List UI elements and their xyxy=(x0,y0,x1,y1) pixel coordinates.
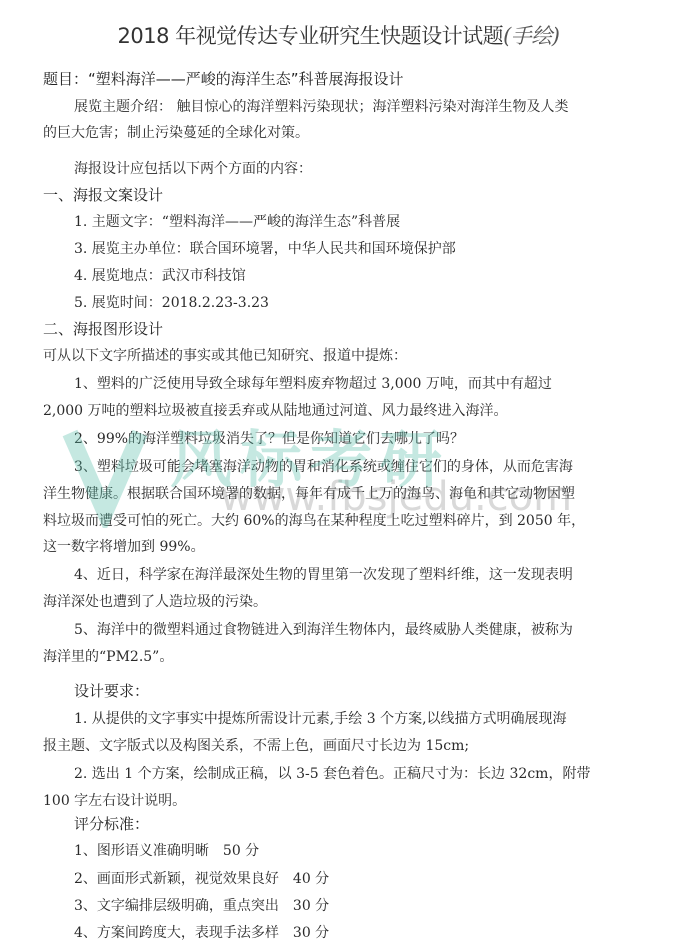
scoring-item: 3、文字编排层级明确，重点突出30 分 xyxy=(74,897,329,915)
section1-item: 3. 展览主办单位：联合国环境署，中华人民共和国环境保护部 xyxy=(74,240,456,258)
section1-item: 5. 展览时间：2018.2.23-3.23 xyxy=(74,294,269,312)
scoring-points: 30 分 xyxy=(293,898,329,914)
scoring-points: 50 分 xyxy=(223,843,259,859)
fact-3-line-4: 这一数字将增加到 99%。 xyxy=(43,538,205,556)
scoring-label: 1、图形语义准确明晰 xyxy=(74,843,209,859)
poster-includes: 海报设计应包括以下两个方面的内容： xyxy=(74,160,312,178)
section1-heading: 一、海报文案设计 xyxy=(43,186,163,204)
fact-3-line-1: 3、塑料垃圾可能会堵塞海洋动物的胃和消化系统或缠住它们的身体，从而危害海 xyxy=(74,458,573,476)
fact-3-line-2: 洋生物健康。根据联合国环境署的数据，每年有成千上万的海鸟、海龟和其它动物因塑 xyxy=(43,485,575,503)
handwritten-note: (手绘) xyxy=(503,24,559,48)
scoring-label: 3、文字编排层级明确，重点突出 xyxy=(74,898,279,914)
section1-item: 4. 展览地点：武汉市科技馆 xyxy=(74,267,246,285)
topic-line: 题目：“塑料海洋——严峻的海洋生态”科普展海报设计 xyxy=(43,70,404,88)
page-title: 2018 年视觉传达专业研究生快题设计试题(手绘) xyxy=(0,20,677,50)
fact-5-line-1: 5、海洋中的微塑料通过食物链进入到海洋生物体内，最终威胁人类健康，被称为 xyxy=(74,621,573,639)
section2-lead: 可从以下文字所描述的事实或其他已知研究、报道中提炼： xyxy=(43,347,407,365)
exam-page: 2018 年视觉传达专业研究生快题设计试题(手绘) 题目：“塑料海洋——严峻的海… xyxy=(0,0,677,951)
fact-1-line-2: 2,000 万吨的塑料垃圾被直接丢弃或从陆地通过河道、风力最终进入海洋。 xyxy=(43,402,508,420)
intro-line-1: 展览主题介绍： 触目惊心的海洋塑料污染现状；海洋塑料污染对海洋生物及人类 xyxy=(74,98,568,116)
title-text: 2018 年视觉传达专业研究生快题设计试题 xyxy=(117,24,503,48)
requirements-heading: 设计要求： xyxy=(74,682,149,700)
fact-3-line-3: 料垃圾而遭受可怕的死亡。大约 60%的海鸟在某种程度上吃过塑料碎片，到 2050… xyxy=(43,512,585,530)
scoring-label: 4、方案间跨度大，表现手法多样 xyxy=(74,925,279,941)
requirement-1-line-2: 报主题、文字版式以及构图关系，不需上色，画面尺寸长边为 15cm; xyxy=(43,737,469,755)
fact-5-line-2: 海洋里的“PM2.5”。 xyxy=(43,648,173,666)
scoring-item: 4、方案间跨度大，表现手法多样30 分 xyxy=(74,924,329,942)
requirement-2-line-2: 100 字左右设计说明。 xyxy=(43,792,186,810)
scoring-label: 2、画面形式新颖，视觉效果良好 xyxy=(74,871,279,887)
requirement-2-line-1: 2. 选出 1 个方案，绘制成正稿，以 3-5 套色着色。正稿尺寸为：长边 32… xyxy=(74,765,590,783)
section2-heading: 二、海报图形设计 xyxy=(43,320,163,338)
scoring-item: 1、图形语义准确明晰50 分 xyxy=(74,842,259,860)
fact-4-line-1: 4、近日，科学家在海洋最深处生物的胃里第一次发现了塑料纤维，这一发现表明 xyxy=(74,566,573,584)
requirement-1-line-1: 1. 从提供的文字事实中提炼所需设计元素,手绘 3 个方案,以线描方式明确展现海 xyxy=(74,710,567,728)
intro-line-2: 的巨大危害；制止污染蔓延的全球化对策。 xyxy=(43,124,309,142)
section1-item: 1. 主题文字：“塑料海洋——严峻的海洋生态”科普展 xyxy=(74,213,400,231)
scoring-item: 2、画面形式新颖，视觉效果良好40 分 xyxy=(74,870,329,888)
scoring-points: 40 分 xyxy=(293,871,329,887)
fact-4-line-2: 海洋深处也遭到了人造垃圾的污染。 xyxy=(43,593,267,611)
fact-1-line-1: 1、塑料的广泛使用导致全球每年塑料废弃物超过 3,000 万吨，而其中有超过 xyxy=(74,375,552,393)
scoring-heading: 评分标准： xyxy=(74,815,149,833)
scoring-points: 30 分 xyxy=(293,925,329,941)
fact-2-line-1: 2、99%的海洋塑料垃圾消失了？但是你知道它们去哪儿了吗？ xyxy=(74,430,464,448)
